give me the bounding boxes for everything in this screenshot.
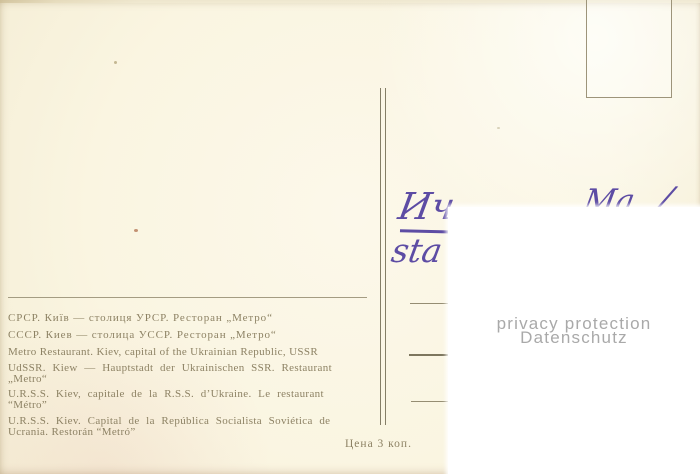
- caption-line-spanish-wrap: Ucrania. Restorán “Metró”: [8, 426, 136, 438]
- handwriting-line2: sta: [389, 234, 445, 267]
- caption-line-french: U.R.S.S. Kiev, capitale de la R.S.S. d’U…: [8, 388, 324, 400]
- caption-line-german: UdSSR. Kiew — Hauptstadt der Ukrainische…: [8, 362, 332, 374]
- caption-line-russian: СССР. Киев — столица УССР. Ресторан „Мет…: [8, 329, 277, 341]
- privacy-overlay-text: privacy protection Datenschutz: [448, 317, 700, 344]
- caption-line-english: Metro Restaurant. Kiev, capital of the U…: [8, 346, 318, 358]
- divider-line-left: [380, 88, 381, 425]
- stamp-box: [586, 0, 672, 98]
- privacy-text-de: Datenschutz: [448, 331, 700, 345]
- caption-separator-line: [8, 297, 367, 298]
- divider-line-right: [385, 88, 386, 425]
- postcard-back: Ич Ма / sta privacy protection Datenschu…: [0, 0, 700, 474]
- caption-line-german-wrap: „Metro“: [8, 373, 47, 385]
- caption-line-french-wrap: “Métro”: [8, 399, 47, 411]
- paper-speck: [134, 229, 138, 232]
- paper-speck: [114, 61, 117, 64]
- paper-speck: [497, 127, 500, 129]
- caption-line-ukrainian: СРСР. Київ — столиця УРСР. Ресторан „Мет…: [8, 312, 273, 324]
- address-line: [410, 303, 449, 304]
- address-line: [411, 401, 450, 402]
- address-line: [409, 354, 450, 356]
- price-label: Цена 3 коп.: [345, 438, 412, 450]
